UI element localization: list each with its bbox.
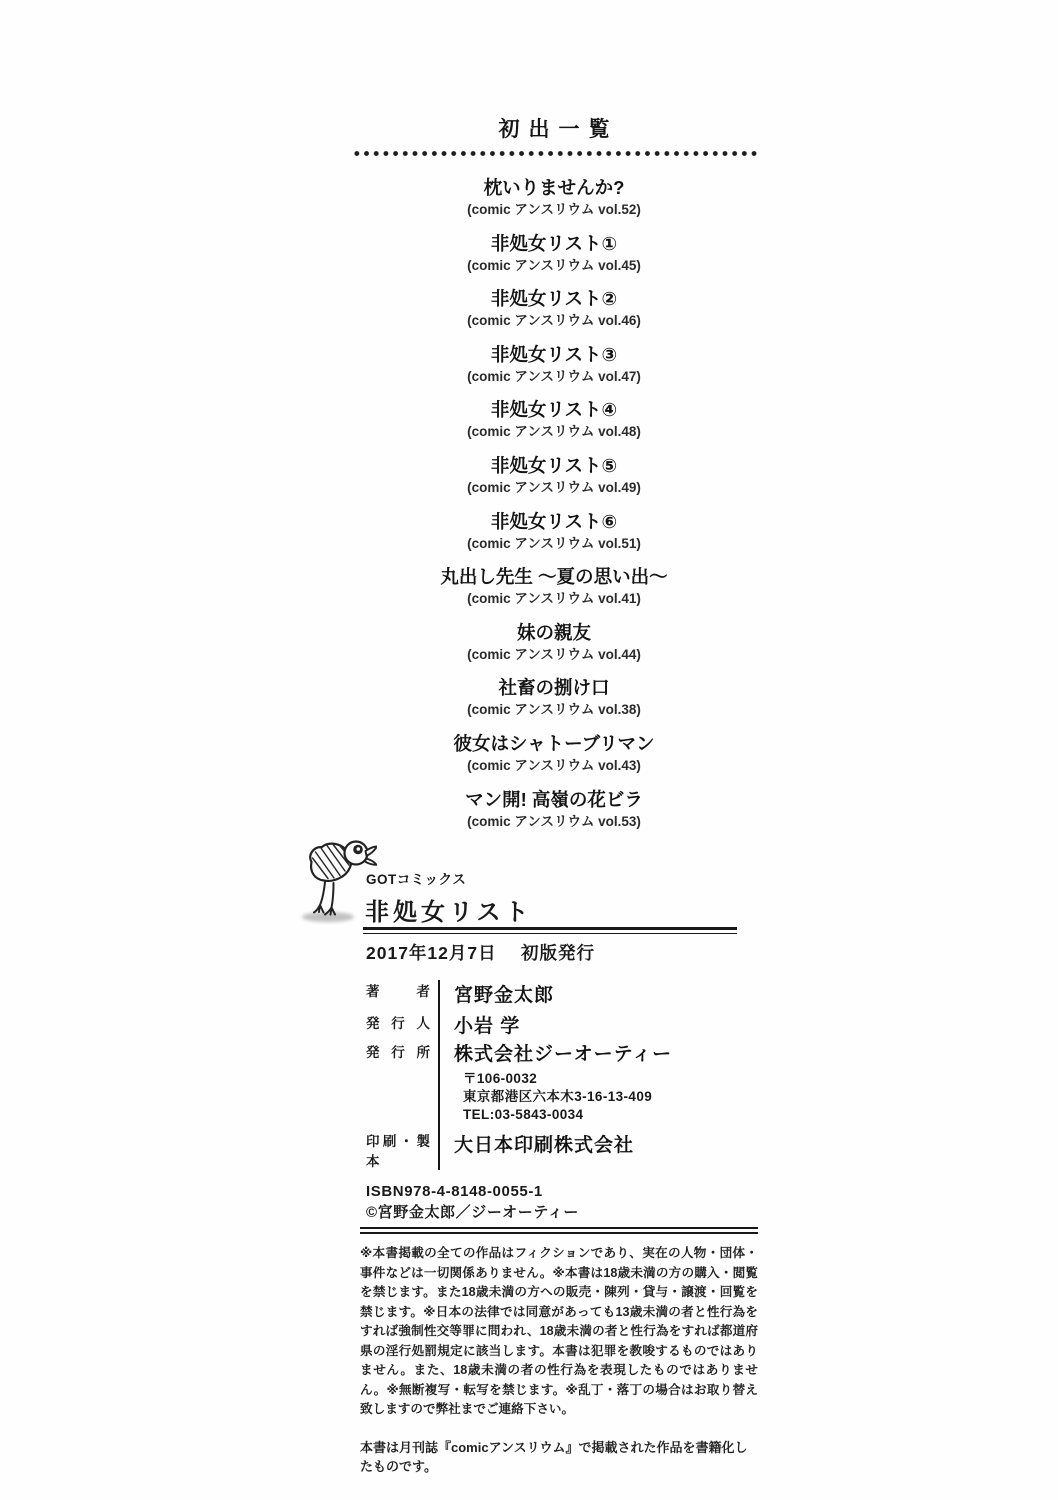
credit-value-publisher-company-cell: 株式会社ジーオーティー 〒106-0032 東京都港区六本木3-16-13-40… (438, 1041, 758, 1130)
work-entry: 丸出し先生 ～夏の思い出～ (comic アンスリウム vol.41) (310, 565, 798, 608)
work-title: 非処女リスト⑤ (310, 454, 798, 478)
work-entry: 非処女リスト① (comic アンスリウム vol.45) (310, 232, 798, 275)
work-title: 非処女リスト② (310, 287, 798, 311)
work-entry: 社畜の捌け口 (comic アンスリウム vol.38) (310, 676, 798, 719)
dotted-divider (350, 150, 759, 157)
title-underline (363, 927, 737, 934)
work-title: マン開! 高嶺の花ビラ (310, 788, 798, 812)
credit-value-publisher-company: 株式会社ジーオーティー (454, 1041, 758, 1068)
work-title: 妹の親友 (310, 621, 798, 645)
copyright: ©宮野金太郎／ジーオーティー (366, 1203, 579, 1224)
first-publication-list: 枕いりませんか? (comic アンスリウム vol.52) 非処女リスト① (… (310, 176, 798, 843)
work-source: (comic アンスリウム vol.41) (310, 589, 798, 608)
work-source: (comic アンスリウム vol.46) (310, 311, 798, 330)
work-source: (comic アンスリウム vol.47) (310, 367, 798, 386)
isbn-copyright-block: ISBN978-4-8148-0055-1 ©宮野金太郎／ジーオーティー (366, 1182, 579, 1223)
work-title: 丸出し先生 ～夏の思い出～ (310, 565, 798, 589)
work-entry: 妹の親友 (comic アンスリウム vol.44) (310, 621, 798, 664)
publisher-postal-code: 〒106-0032 (463, 1070, 758, 1088)
work-source: (comic アンスリウム vol.51) (310, 534, 798, 553)
legal-section: ※本書掲載の全ての作品はフィクションであり、実在の人物・団体・事件などは一切関係… (360, 1227, 758, 1475)
publisher-address-block: 〒106-0032 東京都港区六本木3-16-13-409 TEL:03-584… (454, 1068, 758, 1130)
work-source: (comic アンスリウム vol.48) (310, 422, 798, 441)
work-source: (comic アンスリウム vol.53) (310, 812, 798, 831)
double-rule-divider (360, 1227, 758, 1234)
imprint-series-label: GOTコミックス (366, 868, 466, 888)
work-title: 非処女リスト⑥ (310, 510, 798, 534)
publist-title: 初出一覧 (350, 113, 758, 143)
credit-value-printer-cell: 大日本印刷株式会社 (438, 1130, 758, 1170)
work-title: 社畜の捌け口 (310, 676, 798, 700)
credit-label-printer: 印刷・製本 (366, 1130, 438, 1170)
credit-value-printer: 大日本印刷株式会社 (454, 1130, 758, 1162)
work-entry: 非処女リスト⑥ (comic アンスリウム vol.51) (310, 510, 798, 553)
work-source: (comic アンスリウム vol.45) (310, 256, 798, 275)
work-source: (comic アンスリウム vol.38) (310, 700, 798, 719)
work-entry: 非処女リスト④ (comic アンスリウム vol.48) (310, 398, 798, 441)
credit-value-author: 宮野金太郎 (454, 980, 758, 1012)
credit-value-author-cell: 宮野金太郎 (438, 980, 758, 1012)
publisher-phone: TEL:03-5843-0034 (463, 1106, 758, 1124)
work-title: 彼女はシャトーブリマン (310, 732, 798, 756)
serialization-footnote: 本書は月刊誌『comicアンスリウム』で掲載された作品を書籍化したものです。 (360, 1437, 758, 1475)
work-title: 非処女リスト③ (310, 343, 798, 367)
isbn: ISBN978-4-8148-0055-1 (366, 1182, 579, 1203)
credits-table: 著 者 宮野金太郎 発 行 人 小岩 学 発 行 所 株式会社ジーオーティー 〒… (366, 980, 758, 1170)
work-title: 枕いりませんか? (310, 176, 798, 200)
work-source: (comic アンスリウム vol.52) (310, 200, 798, 219)
work-title: 非処女リスト① (310, 232, 798, 256)
work-source: (comic アンスリウム vol.43) (310, 756, 798, 775)
work-entry: 非処女リスト② (comic アンスリウム vol.46) (310, 287, 798, 330)
work-entry: マン開! 高嶺の花ビラ (comic アンスリウム vol.53) (310, 788, 798, 831)
work-entry: 枕いりませんか? (comic アンスリウム vol.52) (310, 176, 798, 219)
publisher-address: 東京都港区六本木3-16-13-409 (463, 1088, 758, 1106)
work-entry: 非処女リスト⑤ (comic アンスリウム vol.49) (310, 454, 798, 497)
work-entry: 非処女リスト③ (comic アンスリウム vol.47) (310, 343, 798, 386)
disclaimer-text: ※本書掲載の全ての作品はフィクションであり、実在の人物・団体・事件などは一切関係… (360, 1244, 758, 1420)
work-source: (comic アンスリウム vol.49) (310, 478, 798, 497)
work-entry: 彼女はシャトーブリマン (comic アンスリウム vol.43) (310, 732, 798, 775)
work-source: (comic アンスリウム vol.44) (310, 645, 798, 664)
work-title: 非処女リスト④ (310, 398, 798, 422)
credit-value-publisher-person: 小岩 学 (454, 1012, 758, 1041)
edition-date: 2017年12月7日 初版発行 (366, 940, 595, 965)
credit-value-publisher-person-cell: 小岩 学 (438, 1012, 758, 1041)
colophon-page: 初出一覧 枕いりませんか? (comic アンスリウム vol.52) 非処女リ… (0, 0, 1058, 1500)
credit-label-author: 著 者 (366, 980, 438, 1012)
credit-label-publisher-company: 発 行 所 (366, 1041, 438, 1130)
book-title: 非処女リスト (365, 892, 533, 927)
credit-label-publisher-person: 発 行 人 (366, 1012, 438, 1041)
